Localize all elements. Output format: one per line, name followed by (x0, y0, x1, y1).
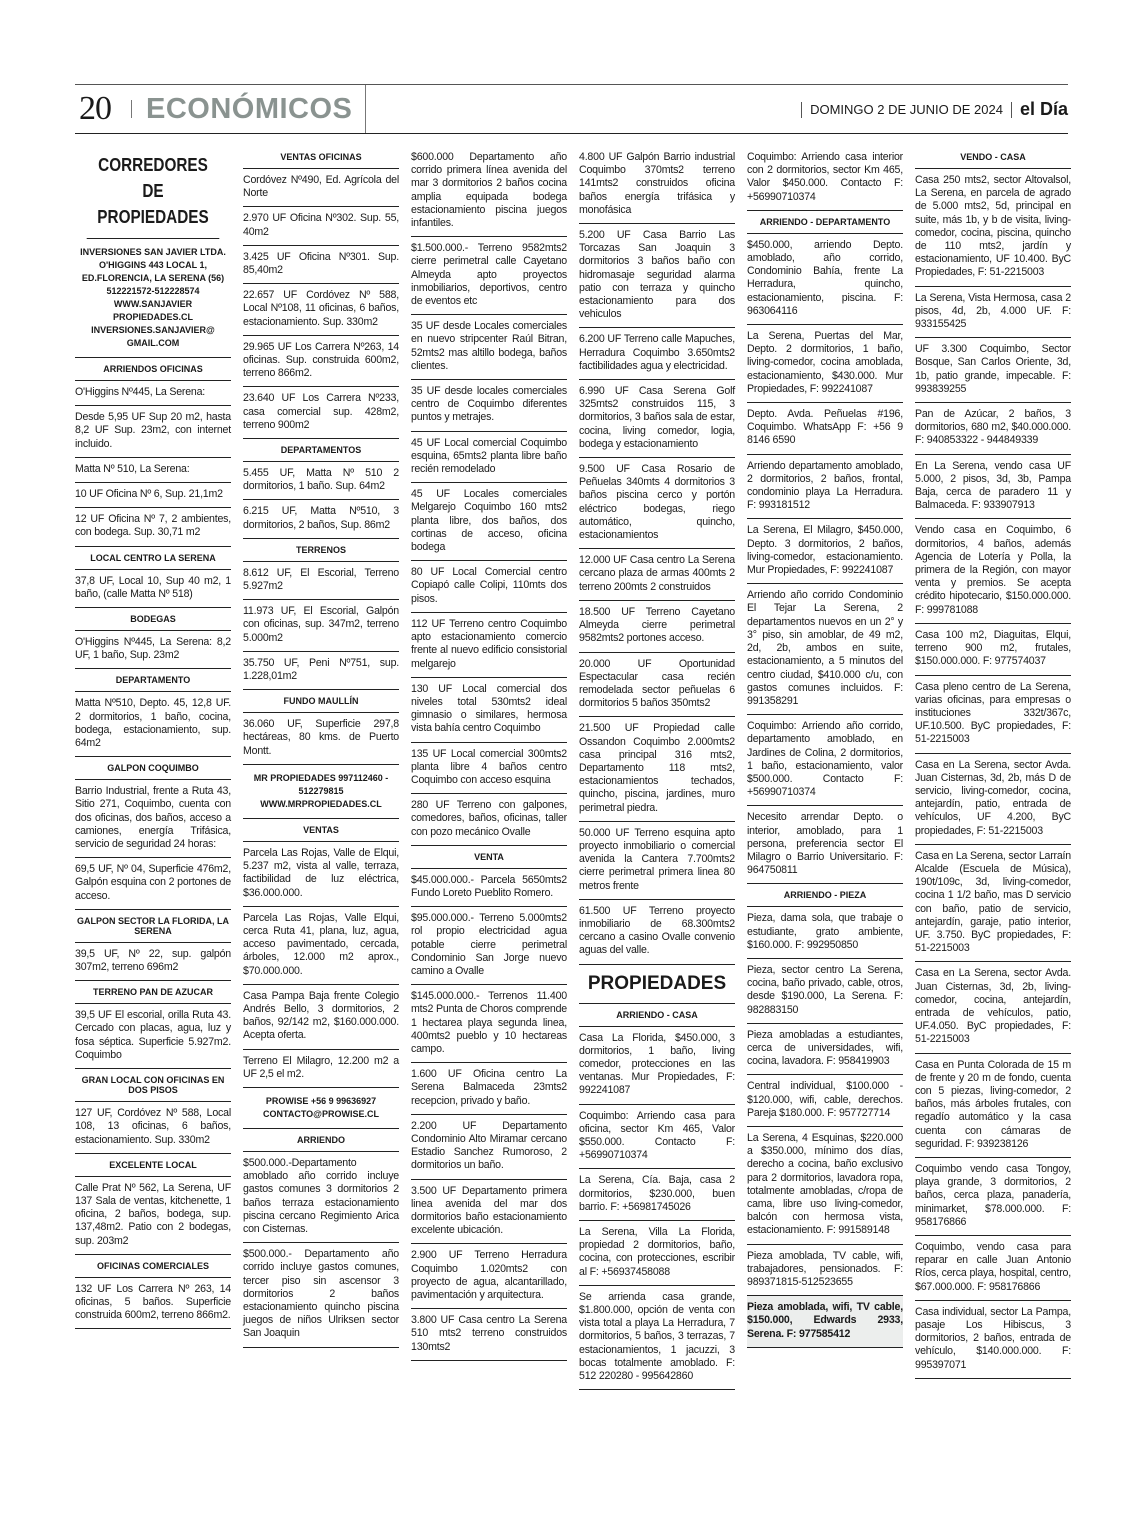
classified-ad: 6.990 UF Casa Serena Golf 325mts2 constr… (579, 380, 735, 458)
date-divider (801, 102, 802, 118)
category-heading: ARRIENDOS OFICINAS (75, 358, 231, 381)
agency-contact: INVERSIONES SAN JAVIER LTDA. O'HIGGINS 4… (75, 239, 231, 358)
category-heading: TERRENOS (243, 539, 399, 562)
classified-ad: 18.500 UF Terreno Cayetano Almeyda cierr… (579, 601, 735, 653)
classified-ad: La Serena, Villa La Florida, propiedad 2… (579, 1221, 735, 1286)
classified-ad: O'Higgins Nº445, La Serena: (75, 381, 231, 406)
classified-ad: 2.900 UF Terreno Herradura Coquimbo 1.02… (411, 1244, 567, 1309)
classified-ad: Casa 250 mts2, sector Altovalsol, La Ser… (915, 169, 1071, 287)
classified-ad: Casa en La Serena, sector Avda. Juan Cis… (915, 962, 1071, 1053)
classified-ad: Pieza, dama sola, que trabaje o estudian… (747, 907, 903, 959)
classified-ad: Coquimbo: Arriendo casa para oficina, se… (579, 1105, 735, 1170)
page-header: 20 ECONÓMICOS DOMINGO 2 DE JUNIO DE 2024… (75, 85, 1068, 134)
classified-ad: La Serena, Vista Hermosa, casa 2 pisos, … (915, 287, 1071, 339)
classified-ad: 20.000 UF Oportunidad Espectacular casa … (579, 653, 735, 718)
classified-ad: Pan de Azúcar, 2 baños, 3 dormitorios, 6… (915, 403, 1071, 455)
classified-ad: 3.425 UF Oficina Nº301. Sup. 85,40m2 (243, 246, 399, 284)
classified-ad: 112 UF Terreno centro Coquimbo apto esta… (411, 613, 567, 678)
classified-ad: 130 UF Local comercial dos niveles total… (411, 678, 567, 743)
newspaper-logo: el Día (1020, 99, 1068, 120)
classified-ad: Cordóvez Nº490, Ed. Agrícola del Norte (243, 169, 399, 207)
classified-ad: 22.657 UF Cordóvez Nº 588, Local Nº108, … (243, 284, 399, 336)
classified-ad: 39,5 UF, Nº 22, sup. galpón 307m2, terre… (75, 943, 231, 981)
category-heading: ARRIENDO - CASA (579, 1004, 735, 1027)
classified-ad: Coquimbo: Arriendo casa interior con 2 d… (747, 146, 903, 211)
column-2: VENTAS OFICINASCordóvez Nº490, Ed. Agríc… (243, 146, 399, 1390)
agency-contact: PROWISE +56 9 99636927 CONTACTO@PROWISE.… (243, 1088, 399, 1129)
classified-ad: 29.965 UF Los Carrera Nº263, 14 oficinas… (243, 336, 399, 388)
classified-ad: O'Higgins Nº445, La Serena: 8,2 UF, 1 ba… (75, 631, 231, 669)
classified-ad: $145.000.000.- Terrenos 11.400 mts2 Punt… (411, 985, 567, 1063)
classified-ad: 35.750 UF, Peni Nº751, sup. 1.228,01m2 (243, 652, 399, 690)
classified-ad: 39,5 UF El escorial, orilla Ruta 43. Cer… (75, 1004, 231, 1069)
classified-ad-highlighted: Pieza amoblada, wifi, TV cable, $150.000… (747, 1296, 903, 1348)
category-heading: VENTAS (243, 819, 399, 842)
classified-ad: 10 UF Oficina Nº 6, Sup. 21,1m2 (75, 483, 231, 508)
category-heading: DEPARTAMENTOS (243, 439, 399, 462)
column-1: CORREDORES DE PROPIEDADESINVERSIONES SAN… (75, 146, 231, 1390)
classified-ad: 132 UF Los Carrera Nº 263, 14 oficinas, … (75, 1278, 231, 1330)
classified-ad: Vendo casa en Coquimbo, 6 dormitorios, 4… (915, 519, 1071, 623)
classified-ad: Casa Pampa Baja frente Colegio Andrés Be… (243, 985, 399, 1050)
classified-ad: 5.455 UF, Matta Nº 510 2 dormitorios, 1 … (243, 462, 399, 500)
classified-ad: 1.600 UF Oficina centro La Serena Balmac… (411, 1063, 567, 1115)
classified-ad: Casa 100 m2, Diaguitas, Elqui, terreno 9… (915, 624, 1071, 676)
classified-ad: 50.000 UF Terreno esquina apto proyecto … (579, 822, 735, 900)
classified-ad: Casa La Florida, $450.000, 3 dormitorios… (579, 1027, 735, 1105)
classified-ad: 6.215 UF, Matta Nº510, 3 dormitorios, 2 … (243, 500, 399, 538)
category-heading: VENTAS OFICINAS (243, 146, 399, 169)
category-heading: ARRIENDO - PIEZA (747, 884, 903, 907)
classified-ad: 3.800 UF Casa centro La Serena 510 mts2 … (411, 1309, 567, 1361)
category-heading: EXCELENTE LOCAL (75, 1154, 231, 1177)
category-heading: OFICINAS COMERCIALES (75, 1255, 231, 1278)
classified-ad: Casa en La Serena, sector Avda. Juan Cis… (915, 754, 1071, 845)
page-number: 20 (75, 90, 123, 128)
header-divider (131, 100, 132, 118)
classified-ad: 3.500 UF Departamento primera linea aven… (411, 1180, 567, 1245)
classified-ad: Matta Nº 510, La Serena: (75, 458, 231, 483)
classified-ad: Casa pleno centro de La Serena, varias o… (915, 676, 1071, 754)
classified-ad: La Serena, Cía. Baja, casa 2 dormitorios… (579, 1169, 735, 1221)
classified-ad: $500.000.-Departamento amoblado año corr… (243, 1152, 399, 1243)
classified-ad: 21.500 UF Propiedad calle Ossandon Coqui… (579, 717, 735, 821)
category-heading: VENTA (411, 846, 567, 869)
brand-divider (1011, 102, 1012, 118)
classified-ad: Coquimbo, vendo casa para reparar en cal… (915, 1236, 1071, 1301)
classified-ad: 5.200 UF Casa Barrio Las Torcazas San Jo… (579, 224, 735, 328)
classified-ad: Arriendo departamento amoblado, 2 dormit… (747, 455, 903, 520)
classified-ad: Parcela Las Rojas, Valle de Elqui, 5.237… (243, 842, 399, 907)
classified-ad: La Serena, El Milagro, $450.000, Depto. … (747, 519, 903, 584)
classified-ad: $450.000, arriendo Depto. amoblado, año … (747, 234, 903, 325)
classified-ad: 35 UF desde Locales comerciales en nuevo… (411, 315, 567, 380)
classifieds-columns: CORREDORES DE PROPIEDADESINVERSIONES SAN… (75, 146, 1071, 1390)
classified-ad: La Serena, 4 Esquinas, $220.000 a $350.0… (747, 1127, 903, 1245)
category-heading: ARRIENDO - DEPARTAMENTO (747, 211, 903, 234)
classified-ad: Necesito arrendar Depto. o interior, amo… (747, 806, 903, 884)
classified-ad: Arriendo año corrido Condominio El Tejar… (747, 584, 903, 715)
classified-ad: $45.000.000.- Parcela 5650mts2 Fundo Lor… (411, 869, 567, 907)
classified-ad: 127 UF, Cordóvez Nº 588, Local 108, 13 o… (75, 1102, 231, 1154)
category-heading: GALPON SECTOR LA FLORIDA, LA SERENA (75, 910, 231, 943)
classified-ad: 9.500 UF Casa Rosario de Peñuelas 340mts… (579, 458, 735, 549)
classified-ad: En La Serena, vendo casa UF 5.000, 2 pis… (915, 455, 1071, 520)
agency-contact: MR PROPIEDADES 997112460 - 512279815 WWW… (243, 765, 399, 819)
classified-ad: Coquimbo vendo casa Tongoy, playa grande… (915, 1158, 1071, 1236)
category-heading: FUNDO MAULLÍN (243, 690, 399, 713)
classified-ad: 135 UF Local comercial 300mts2 planta li… (411, 743, 567, 795)
header-vertical-rule (365, 85, 366, 133)
classified-ad: Calle Prat Nº 562, La Serena, UF 137 Sal… (75, 1177, 231, 1255)
classified-ad: Parcela Las Rojas, Valle Elqui, cerca Ru… (243, 907, 399, 985)
category-heading: TERRENO PAN DE AZUCAR (75, 981, 231, 1004)
column-5: Coquimbo: Arriendo casa interior con 2 d… (747, 146, 903, 1390)
classified-ad: $500.000.- Departamento año corrido incl… (243, 1243, 399, 1347)
classified-ad: UF 3.300 Coquimbo, Sector Bosque, San Ca… (915, 338, 1071, 403)
classified-ad: 61.500 UF Terreno proyecto inmobiliario … (579, 900, 735, 965)
classified-ad: Pieza, sector centro La Serena, cocina, … (747, 959, 903, 1024)
classified-ad: 280 UF Terreno con galpones, comedores, … (411, 794, 567, 846)
classified-ad: $600.000 Departamento año corrido primer… (411, 146, 567, 237)
classified-ad: Depto. Avda. Peñuelas #196, Coquimbo. Wh… (747, 403, 903, 455)
classified-ad: Pieza amobladas a estudiantes, cerca de … (747, 1024, 903, 1076)
header-right: DOMINGO 2 DE JUNIO DE 2024 el Día (793, 99, 1068, 120)
classified-ad: 6.200 UF Terreno calle Mapuches, Herradu… (579, 328, 735, 380)
classified-ad: Central individual, $100.000 - $120.000,… (747, 1075, 903, 1127)
classified-ad: 23.640 UF Los Carrera Nº233, casa comerc… (243, 387, 399, 439)
column-3: $600.000 Departamento año corrido primer… (411, 146, 567, 1390)
classified-ad: Casa individual, sector La Pampa, pasaje… (915, 1301, 1071, 1379)
classified-ad: Casa en Punta Colorada de 15 m de frente… (915, 1054, 1071, 1158)
classified-ad: La Serena, Puertas del Mar, Depto. 2 dor… (747, 325, 903, 403)
publication-date: DOMINGO 2 DE JUNIO DE 2024 (810, 102, 1003, 117)
newspaper-page: 20 ECONÓMICOS DOMINGO 2 DE JUNIO DE 2024… (75, 84, 1068, 134)
classified-ad: Se arrienda casa grande, $1.800.000, opc… (579, 1286, 735, 1390)
column-heading: CORREDORES DE PROPIEDADES (87, 146, 220, 239)
classified-ad: Desde 5,95 UF Sup 20 m2, hasta 8,2 UF Su… (75, 406, 231, 458)
category-heading: ARRIENDO (243, 1129, 399, 1152)
classified-ad: Pieza amoblada, TV cable, wifi, trabajad… (747, 1245, 903, 1297)
classified-ad: Matta Nº510, Depto. 45, 12,8 UF. 2 dormi… (75, 692, 231, 757)
classified-ad: 36.060 UF, Superficie 297,8 hectáreas, 8… (243, 713, 399, 765)
category-heading: BODEGAS (75, 608, 231, 631)
classified-ad: 4.800 UF Galpón Barrio industrial Coquim… (579, 146, 735, 224)
classified-ad: 12 UF Oficina Nº 7, 2 ambientes, con bod… (75, 508, 231, 546)
category-heading: GALPON COQUIMBO (75, 757, 231, 780)
classified-ad: 35 UF desde locales comerciales centro d… (411, 380, 567, 432)
classified-ad: 69,5 UF, Nº 04, Superficie 476m2, Galpón… (75, 858, 231, 910)
classified-ad: $1.500.000.- Terreno 9582mts2 cierre per… (411, 237, 567, 315)
classified-ad: 2.200 UF Departamento Condominio Alto Mi… (411, 1115, 567, 1180)
column-4: 4.800 UF Galpón Barrio industrial Coquim… (579, 146, 735, 1390)
category-heading: DEPARTAMENTO (75, 669, 231, 692)
classified-ad: Coquimbo: Arriendo año corrido, departam… (747, 715, 903, 806)
classified-ad: 8.612 UF, El Escorial, Terreno 5.927m2 (243, 562, 399, 600)
classified-ad: 37,8 UF, Local 10, Sup 40 m2, 1 baño, (c… (75, 570, 231, 608)
classified-ad: Terreno El Milagro, 12.200 m2 a UF 2,5 e… (243, 1050, 399, 1088)
classified-ad: 45 UF Local comercial Coquimbo esquina, … (411, 432, 567, 484)
category-heading: LOCAL CENTRO LA SERENA (75, 547, 231, 570)
category-heading: GRAN LOCAL CON OFICINAS EN DOS PISOS (75, 1069, 231, 1102)
classified-ad: 2.970 UF Oficina Nº302. Sup. 55, 40m2 (243, 207, 399, 245)
column-6: VENDO - CASACasa 250 mts2, sector Altova… (915, 146, 1071, 1390)
section-heading: PROPIEDADES (579, 965, 735, 1004)
classified-ad: 80 UF Local Comercial centro Copiapó cal… (411, 561, 567, 613)
classified-ad: 11.973 UF, El Escorial, Galpón con ofici… (243, 600, 399, 652)
classified-ad: Casa en La Serena, sector Larraín Alcald… (915, 845, 1071, 963)
category-heading: VENDO - CASA (915, 146, 1071, 169)
classified-ad: 12.000 UF Casa centro La Serena cercano … (579, 549, 735, 601)
section-title: ECONÓMICOS (146, 93, 352, 126)
classified-ad: Barrio Industrial, frente a Ruta 43, Sit… (75, 780, 231, 858)
classified-ad: 45 UF Locales comerciales Melgarejo Coqu… (411, 483, 567, 561)
classified-ad: $95.000.000.- Terreno 5.000mts2 rol prop… (411, 907, 567, 985)
